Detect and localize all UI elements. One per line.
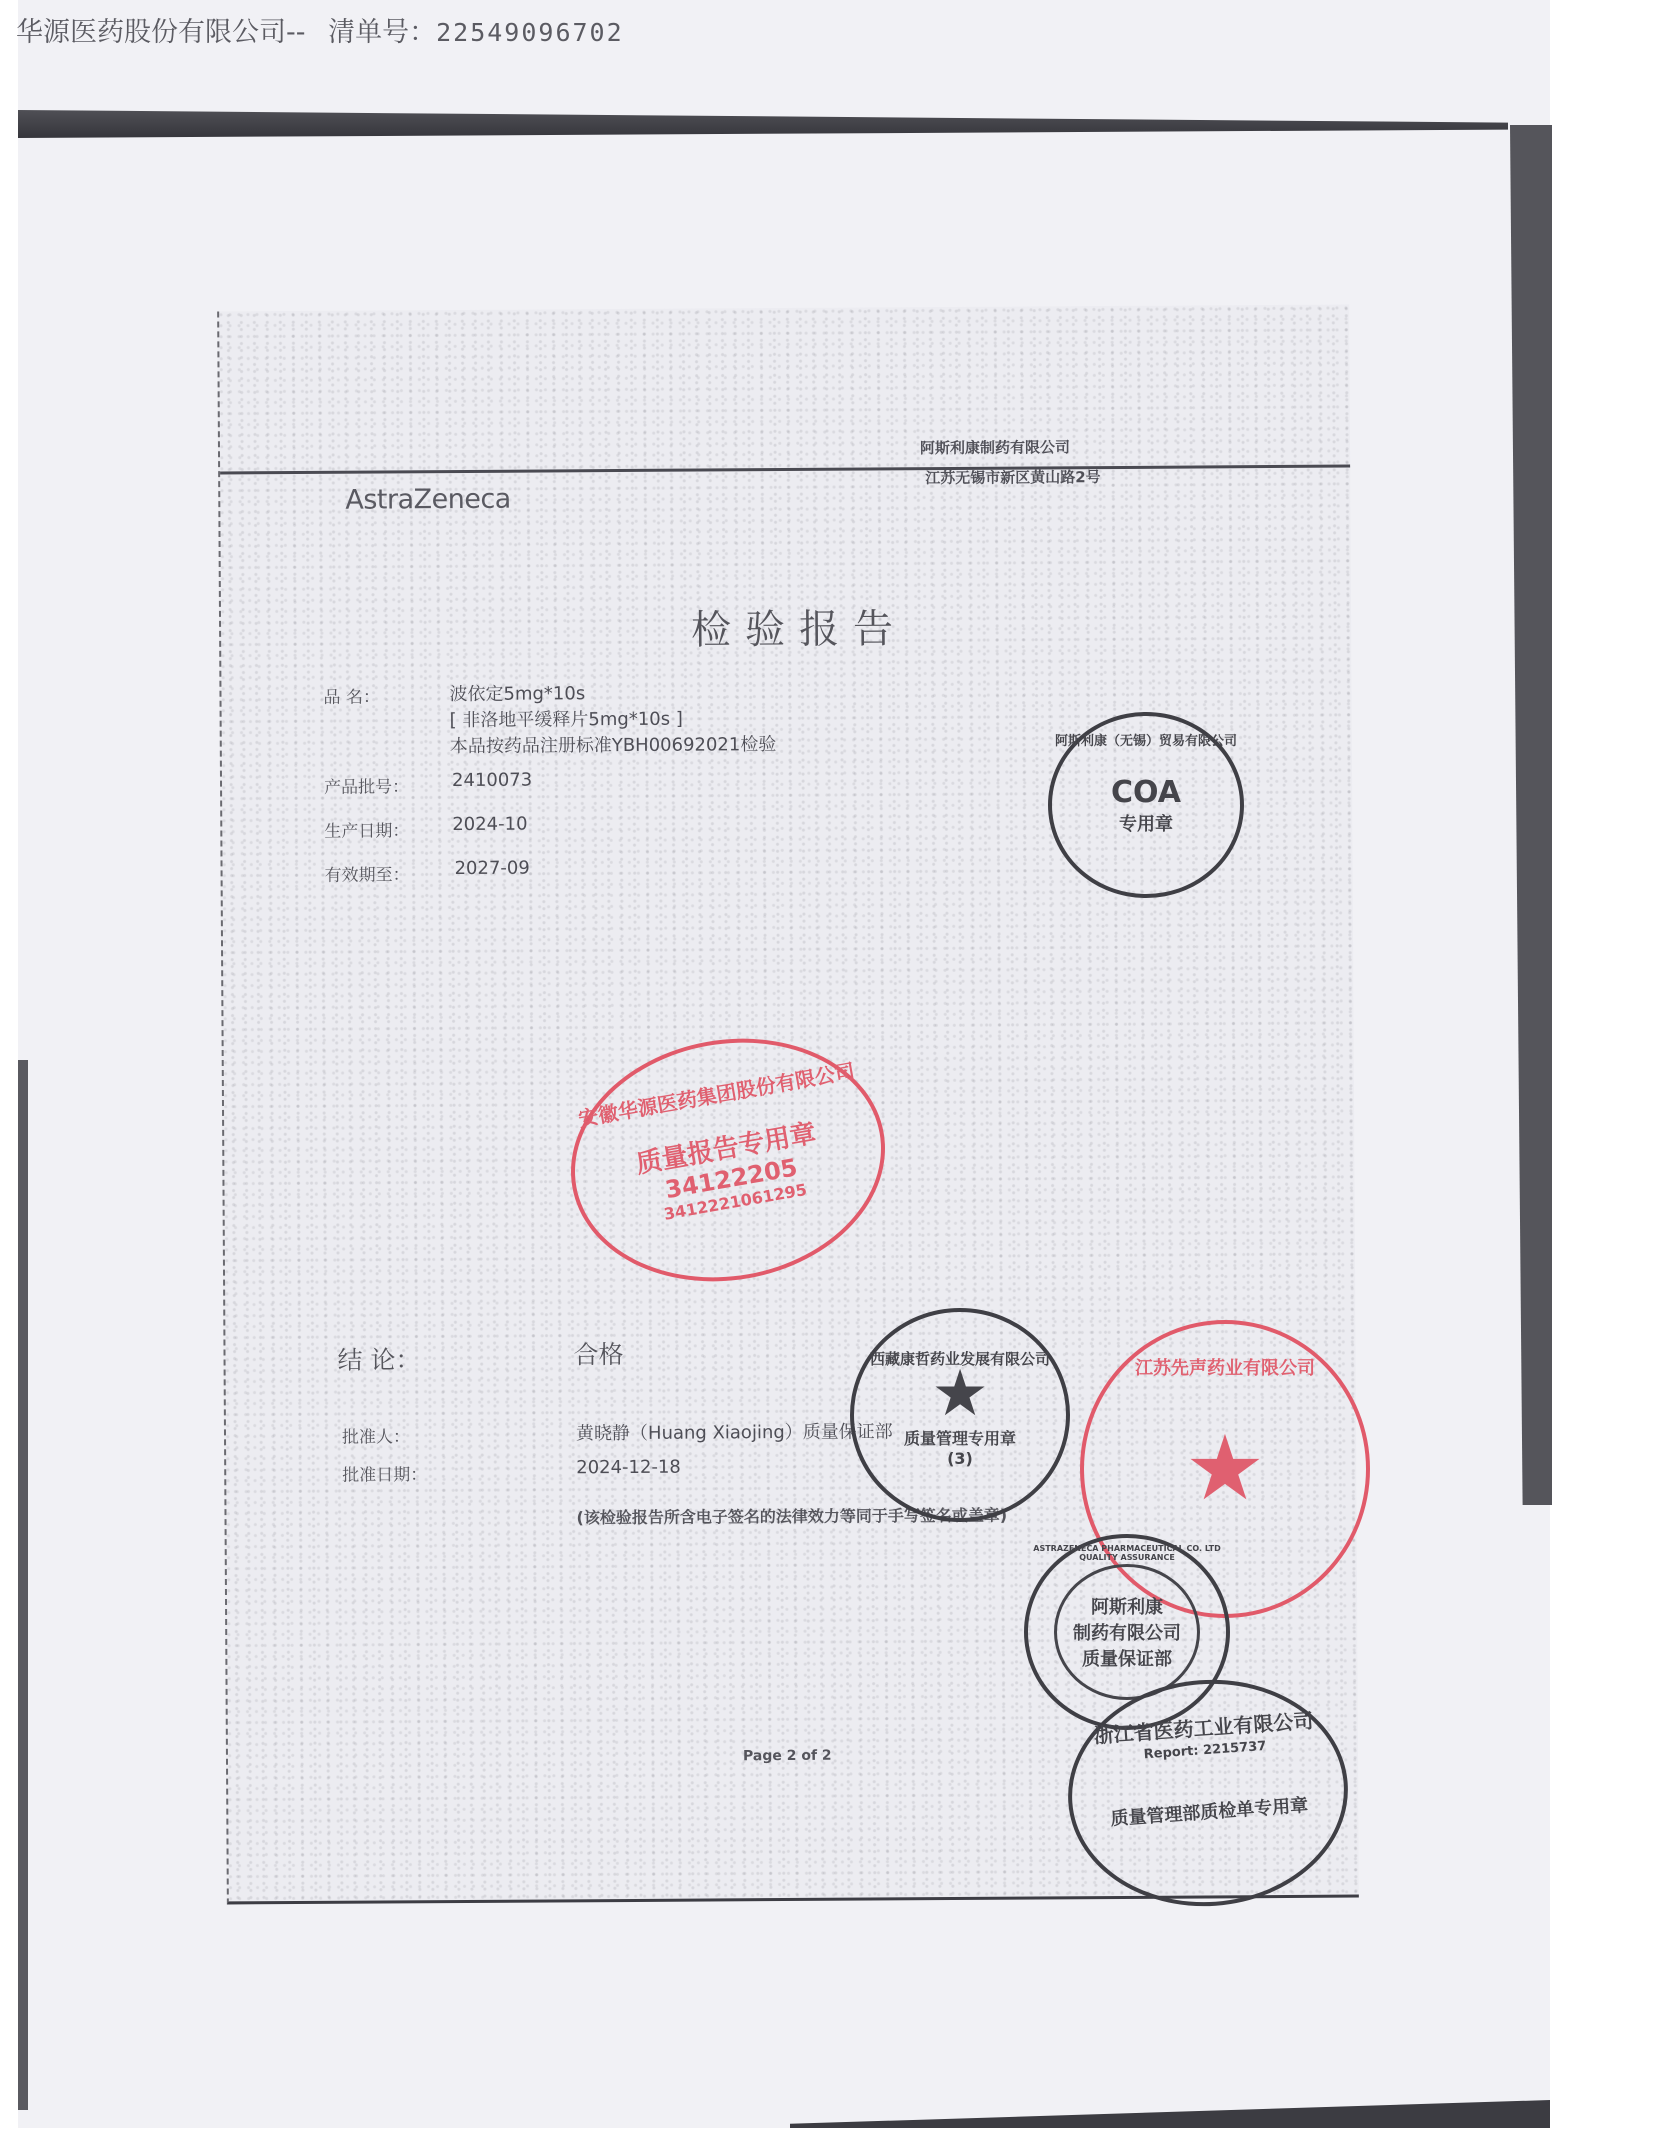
conclusion-label: 结 论： (337, 1340, 420, 1377)
coa-stamp-ring-text: 阿斯利康（无锡）贸易有限公司 (1052, 730, 1240, 749)
order-label: 清单号： (328, 17, 436, 48)
header-company: 华源医药股份有限公司-- (16, 17, 306, 48)
conclusion-value: 合格 (573, 1335, 623, 1371)
stamp-inner-ring (1054, 1564, 1200, 1700)
az-stamp-ring-text: ASTRAZENECA PHARMACEUTICAL CO. LTD QUALI… (1028, 1544, 1226, 1562)
header-rule (220, 465, 1350, 475)
approver-label: 批准人： (342, 1422, 410, 1447)
coa-stamp-bottom: 专用章 (1119, 810, 1173, 836)
report-title: 检验报告 (691, 597, 907, 655)
test-standard: 本品按药品注册标准YBH00692021检验 (450, 730, 777, 758)
tibet-stamp-ring-text: 西藏康哲药业发展有限公司 (854, 1348, 1066, 1369)
tibet-quality-stamp: 西藏康哲药业发展有限公司 ★ 质量管理专用章 (3) (850, 1308, 1070, 1522)
mfg-date-label: 生产日期： (324, 816, 409, 842)
astrazeneca-logo: AstraZeneca (345, 484, 511, 516)
page-number: Page 2 of 2 (743, 1748, 832, 1765)
order-header: 华源医药股份有限公司-- 清单号：22549096702 (16, 10, 624, 49)
coa-stamp: 阿斯利康（无锡）贸易有限公司 COA 专用章 (1048, 712, 1244, 898)
tibet-stamp-number: (3) (947, 1449, 973, 1468)
product-name: 波依定5mg*10s (449, 679, 585, 706)
scan-edge-shadow (18, 1060, 28, 2110)
approval-date: 2024-12-18 (576, 1457, 681, 1479)
star-icon: ★ (1185, 1424, 1266, 1514)
issuer-company: 阿斯利康制药有限公司 (920, 436, 1070, 458)
order-number: 22549096702 (436, 18, 624, 47)
issuer-address: 江苏无锡市新区黄山路2号 (925, 466, 1101, 488)
star-icon: ★ (931, 1362, 988, 1426)
expiry-date: 2027-09 (454, 858, 529, 879)
product-generic-name: [ 非洛地平缓释片5mg*10s ] (450, 705, 683, 732)
expiry-label: 有效期至： (325, 860, 410, 886)
coa-stamp-center: COA (1111, 775, 1181, 810)
mfg-date: 2024-10 (452, 814, 527, 835)
zhejiang-stamp-bottom: 质量管理部质检单专用章 (1110, 1791, 1309, 1831)
jiangsu-stamp-ring-text: 江苏先声药业有限公司 (1084, 1354, 1366, 1380)
product-name-label: 品 名： (323, 682, 380, 707)
batch-label: 产品批号： (324, 772, 409, 798)
approval-date-label: 批准日期： (342, 1460, 427, 1486)
approver-name: 黄晓静（Huang Xiaojing）质量保证部 (576, 1417, 893, 1445)
tibet-stamp-center: 质量管理专用章 (904, 1426, 1016, 1449)
batch-number: 2410073 (452, 770, 532, 791)
